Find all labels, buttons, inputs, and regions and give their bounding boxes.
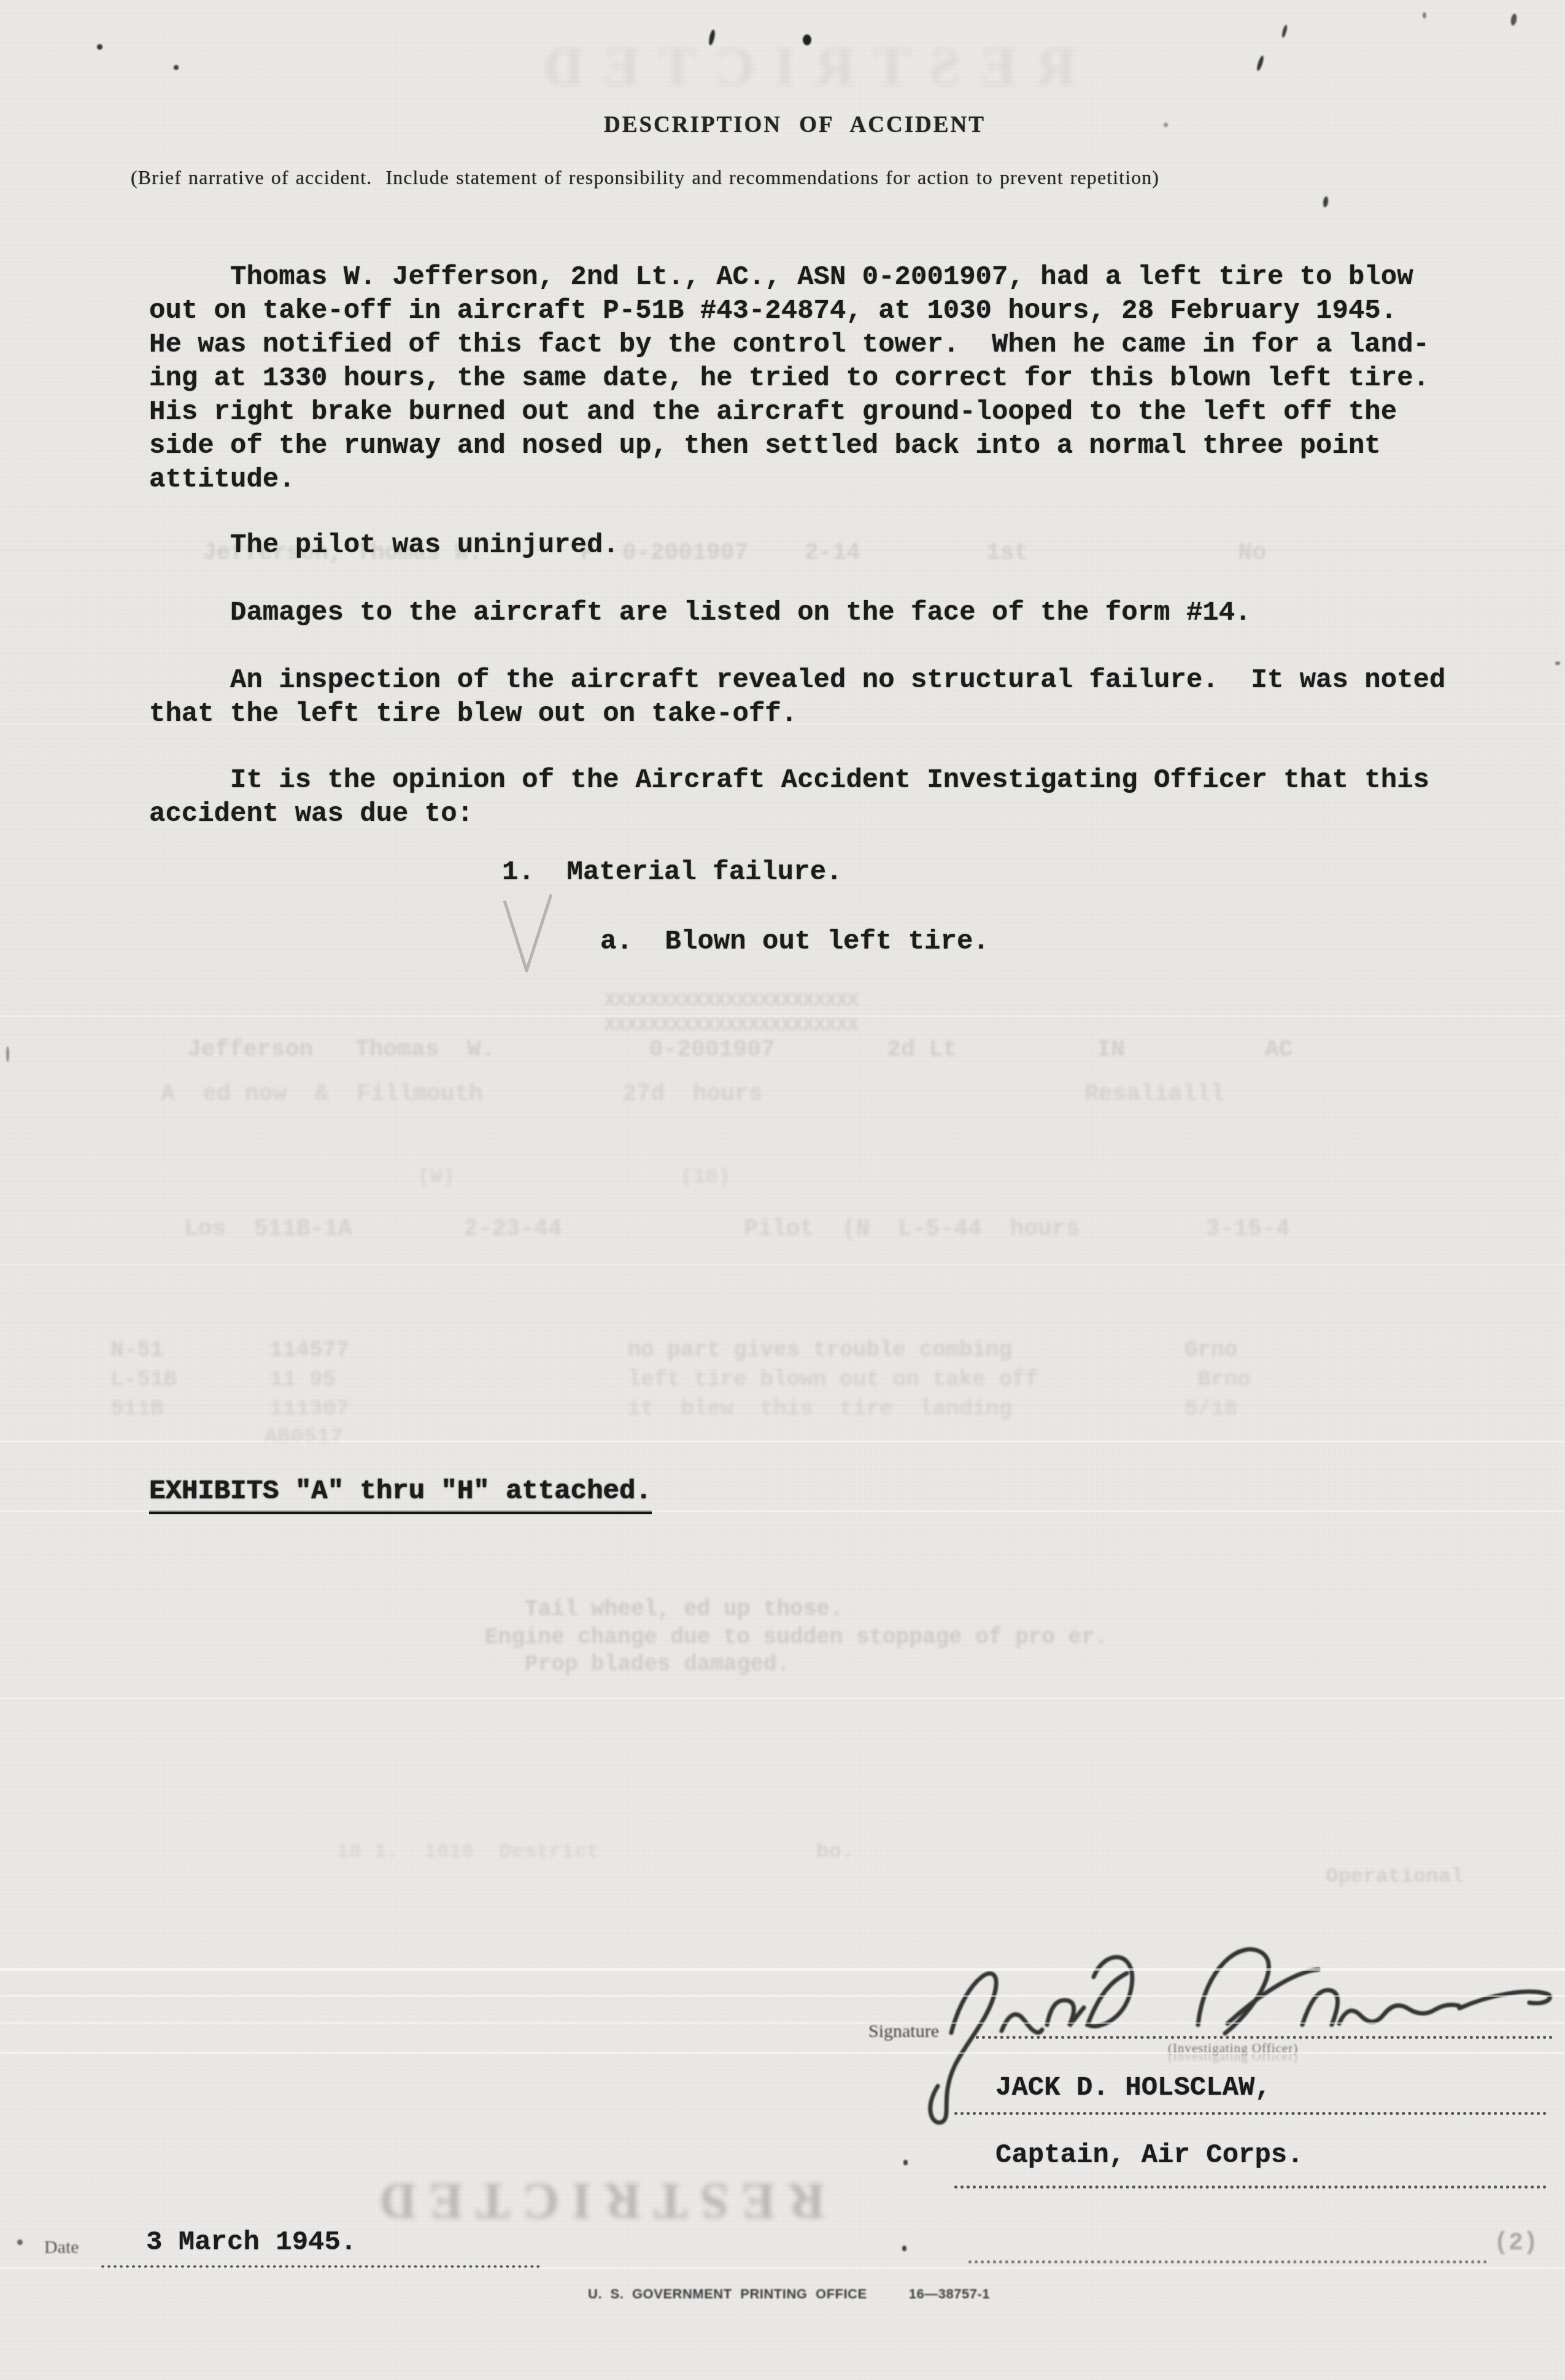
rank-dotted-line	[954, 2186, 1547, 2189]
ghost-text: bo.	[816, 1841, 854, 1864]
printing-office-line: U. S. GOVERNMENT PRINTING OFFICE 16—3875…	[588, 2286, 990, 2302]
investigating-officer-caption: (Investigating Officer)	[1168, 2041, 1298, 2056]
ink-speck	[1555, 661, 1560, 665]
ghost-text: Tail wheel, ed up those.	[525, 1596, 843, 1622]
ink-speck	[708, 29, 716, 45]
page-number: (2)	[1494, 2230, 1538, 2257]
ghost-text: N-51 114577 no part gives trouble combin…	[110, 1338, 1237, 1363]
bottom-right-dotted-line	[968, 2260, 1487, 2263]
ghost-text: RESTRICTED	[367, 2171, 825, 2230]
ink-speck	[1281, 25, 1288, 39]
ghost-text: Los 511B-1A 2-23-44 Pilot (N L-5-44 hour…	[184, 1216, 1290, 1242]
ink-speck	[903, 2160, 908, 2165]
ghost-text: Jefferson Thomas W. 0-2001907 2d Lt IN A…	[187, 1037, 1293, 1063]
ink-speck	[1256, 55, 1265, 72]
scratch-line	[0, 1697, 1565, 1699]
ink-speck	[803, 34, 811, 45]
date-value: 3 March 1945.	[146, 2226, 357, 2260]
scratch-line	[0, 1264, 1565, 1265]
signer-typed-name: JACK D. HOLSCLAW,	[995, 2071, 1271, 2105]
ink-speck	[1164, 123, 1168, 127]
paragraph-opinion: It is the opinion of the Aircraft Accide…	[149, 764, 1429, 831]
ghost-text: L-51B 11 95 left tire blown out on take …	[110, 1367, 1251, 1392]
ghost-text: (W) (18)	[417, 1166, 730, 1189]
ink-speck	[6, 1046, 9, 1062]
scratch-line	[0, 1405, 1565, 1406]
paragraph-pilot-status: The pilot was uninjured.	[149, 529, 619, 563]
ghost-text: A ed now & Fillmouth 27d hours Resaliall…	[161, 1081, 1224, 1107]
ghost-text: RESTRICTED	[525, 34, 1076, 99]
page-subtitle: (Brief narrative of accident. Include st…	[131, 166, 1159, 189]
date-dotted-line	[101, 2265, 540, 2268]
date-label: Date	[44, 2237, 79, 2258]
ink-speck	[902, 2246, 906, 2251]
ghost-text: Operational	[1326, 1865, 1463, 1889]
ghost-text: Prop blades damaged.	[525, 1652, 790, 1677]
cause-subitem-a: a. Blown out left tire.	[600, 925, 989, 959]
ink-speck	[1423, 12, 1426, 18]
name-dotted-line	[954, 2112, 1547, 2115]
paragraph-accident-narrative: Thomas W. Jefferson, 2nd Lt., AC., ASN 0…	[149, 261, 1429, 497]
ghost-text: AB0517	[264, 1425, 344, 1450]
checkmark-pencil-icon	[491, 877, 565, 982]
document-page: DESCRIPTION OF ACCIDENT (Brief narrative…	[0, 0, 1565, 2380]
ink-speck	[17, 2239, 23, 2245]
ghost-text: Engine change due to sudden stoppage of …	[485, 1625, 1108, 1650]
paragraph-damages: Damages to the aircraft are listed on th…	[149, 596, 1251, 630]
ghost-text: 18 1. 1616 Destrict	[336, 1841, 599, 1864]
ink-speck	[97, 44, 102, 50]
ink-speck	[174, 65, 179, 70]
scratch-line	[0, 1015, 1565, 1017]
page-title: DESCRIPTION OF ACCIDENT	[0, 112, 1565, 138]
signer-typed-rank: Captain, Air Corps.	[995, 2139, 1304, 2173]
scratch-line	[0, 1441, 1565, 1442]
signature-dotted-line	[976, 2036, 1553, 2039]
ghost-text: 511B 111307 it blew this tire landing 5/…	[110, 1396, 1237, 1422]
ink-speck	[1323, 196, 1329, 208]
exhibits-line: EXHIBITS "A" thru "H" attached.	[149, 1475, 652, 1514]
ghost-text: XXXXXXXXXXXXXXXXXXXXXXX XXXXXXXXXXXXXXXX…	[605, 989, 859, 1038]
paragraph-inspection: An inspection of the aircraft revealed n…	[149, 664, 1445, 731]
ink-speck	[1510, 13, 1517, 26]
